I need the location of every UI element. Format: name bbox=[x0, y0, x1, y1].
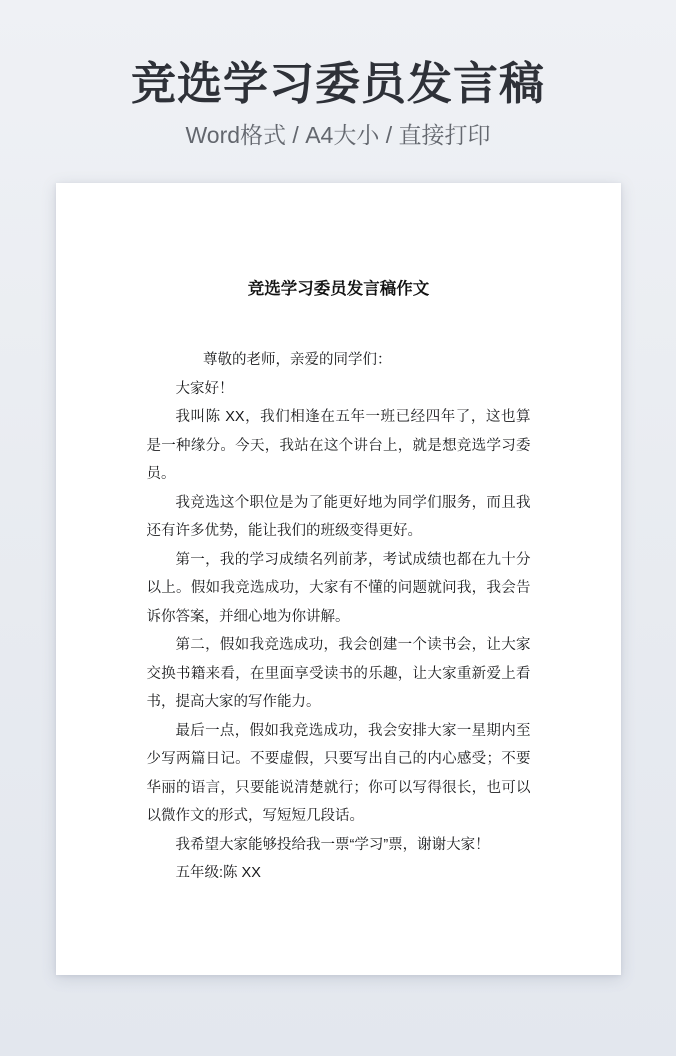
page-subtitle: Word格式 / A4大小 / 直接打印 bbox=[0, 121, 676, 150]
document-page: 竞选学习委员发言稿作文 尊敬的老师，亲爱的同学们： 大家好！ 我叫陈 XX，我们… bbox=[56, 183, 621, 975]
paragraph: 最后一点，假如我竞选成功，我会安排大家一星期内至少写两篇日记。不要虚假，只要写出… bbox=[147, 717, 531, 831]
page-header: 竞选学习委员发言稿 Word格式 / A4大小 / 直接打印 bbox=[0, 0, 676, 150]
paragraph: 第一，我的学习成绩名列前茅，考试成绩也都在九十分以上。假如我竞选成功，大家有不懂… bbox=[147, 546, 531, 632]
document-body: 尊敬的老师，亲爱的同学们： 大家好！ 我叫陈 XX，我们相逢在五年一班已经四年了… bbox=[147, 346, 531, 888]
paragraph: 第二，假如我竞选成功，我会创建一个读书会，让大家交换书籍来看，在里面享受读书的乐… bbox=[147, 631, 531, 717]
paragraph-signature: 五年级:陈 XX bbox=[147, 859, 531, 888]
paragraph: 我竞选这个职位是为了能更好地为同学们服务，而且我还有许多优势，能让我们的班级变得… bbox=[147, 489, 531, 546]
document-title: 竞选学习委员发言稿作文 bbox=[147, 278, 531, 301]
paragraph-greeting: 尊敬的老师，亲爱的同学们： bbox=[147, 346, 531, 375]
page-title: 竞选学习委员发言稿 bbox=[0, 56, 676, 112]
paragraph: 我希望大家能够投给我一票“学习”票，谢谢大家！ bbox=[147, 831, 531, 860]
paragraph: 我叫陈 XX，我们相逢在五年一班已经四年了，这也算是一种缘分。今天，我站在这个讲… bbox=[147, 403, 531, 489]
paragraph: 大家好！ bbox=[147, 375, 531, 404]
